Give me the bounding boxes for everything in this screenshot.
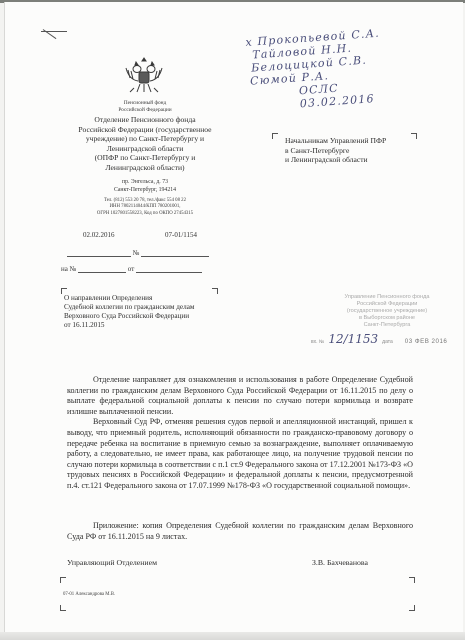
branch-name-line: Ленинградской области [50, 144, 240, 154]
handwritten-resolution: х Прокопьевой С.А. Тайловой Н.Н. Белоциц… [245, 21, 460, 113]
blank-line [67, 249, 131, 257]
stamp-line: Управление Пенсионного фонда [311, 294, 463, 301]
incoming-registration-stamp: Управление Пенсионного фонда Российской … [311, 294, 463, 348]
addressee-line: Начальникам Управлений ПФР [285, 136, 425, 146]
corner-mark [60, 577, 66, 583]
letter-page: Пенсионный фонд Российской Федерации Отд… [4, 2, 463, 632]
blank-line [136, 265, 202, 273]
stamp-reg-number: 12/1153 [328, 332, 378, 346]
reference-from-label: от [128, 265, 134, 273]
addressee-line: и Ленинградской области [285, 155, 425, 165]
subject-line: от 16.11.2015 [64, 321, 224, 330]
corner-mark [60, 605, 66, 611]
body-paragraph: Верховный Суд РФ, отменяя решения судов … [67, 417, 413, 491]
stamp-reg-prefix: вх. № [311, 339, 324, 345]
branch-name-line: (ОПФР по Санкт-Петербургу и [50, 153, 240, 163]
corner-mark [272, 133, 278, 139]
signatory-name: З.В. Бахчеванова [312, 558, 368, 567]
blank-line [78, 265, 126, 273]
outgoing-date: 02.02.2016 [83, 231, 115, 239]
signatory-position: Управляющий Отделением [67, 558, 157, 567]
branch-name-line: Отделение Пенсионного фонда [50, 115, 240, 125]
subject-line: О направлении Определения [64, 294, 224, 303]
number-sign: № [133, 249, 140, 257]
attachment-note: Приложение: копия Определения Судебной к… [67, 521, 413, 542]
stamp-line: (государственное учреждение) [311, 308, 463, 315]
stamp-date: 03 ФЕВ 2016 [405, 338, 448, 345]
subject-line: Верховного Суда Российской Федерации [64, 312, 224, 321]
body-paragraph: Отделение направляет для ознакомления и … [67, 375, 413, 417]
outgoing-number: 07-01/1154 [165, 231, 197, 239]
branch-name-line: учреждение) по Санкт-Петербургу и [50, 134, 240, 144]
corner-mark [409, 577, 415, 583]
stamp-line: Санкт-Петербурга [311, 322, 463, 329]
branch-name-line: Российской Федерации (государственное [50, 125, 240, 135]
blank-line [141, 249, 209, 257]
branch-name-line: Ленинградской области) [50, 163, 240, 173]
corner-mark [409, 605, 415, 611]
russian-coat-of-arms-icon [122, 54, 166, 96]
fund-name-line: Пенсионный фонд [70, 100, 220, 107]
address-line: пр. Энгельса, д. 73 [70, 178, 220, 186]
executor-info: 07-01 Александрова М.В. [63, 592, 115, 597]
stamp-line: Российской Федерации [311, 301, 463, 308]
address-line: Санкт-Петербург, 194214 [70, 186, 220, 194]
stamp-date-label: дата [382, 339, 393, 345]
scan-bottom-edge [0, 632, 465, 640]
letter-body: Отделение направляет для ознакомления и … [67, 375, 413, 492]
addressee-line: в Санкт-Петербурге [285, 146, 425, 156]
fund-name-line: Российской Федерации [70, 107, 220, 114]
contacts-line: ОГРН 1027801558223, Код по ОКПО 27454315 [60, 211, 230, 217]
stamp-line: в Выборгском районе [311, 315, 463, 322]
reference-label: на № [61, 265, 76, 273]
subject-line: Судебной коллегии по гражданским делам [64, 303, 224, 312]
